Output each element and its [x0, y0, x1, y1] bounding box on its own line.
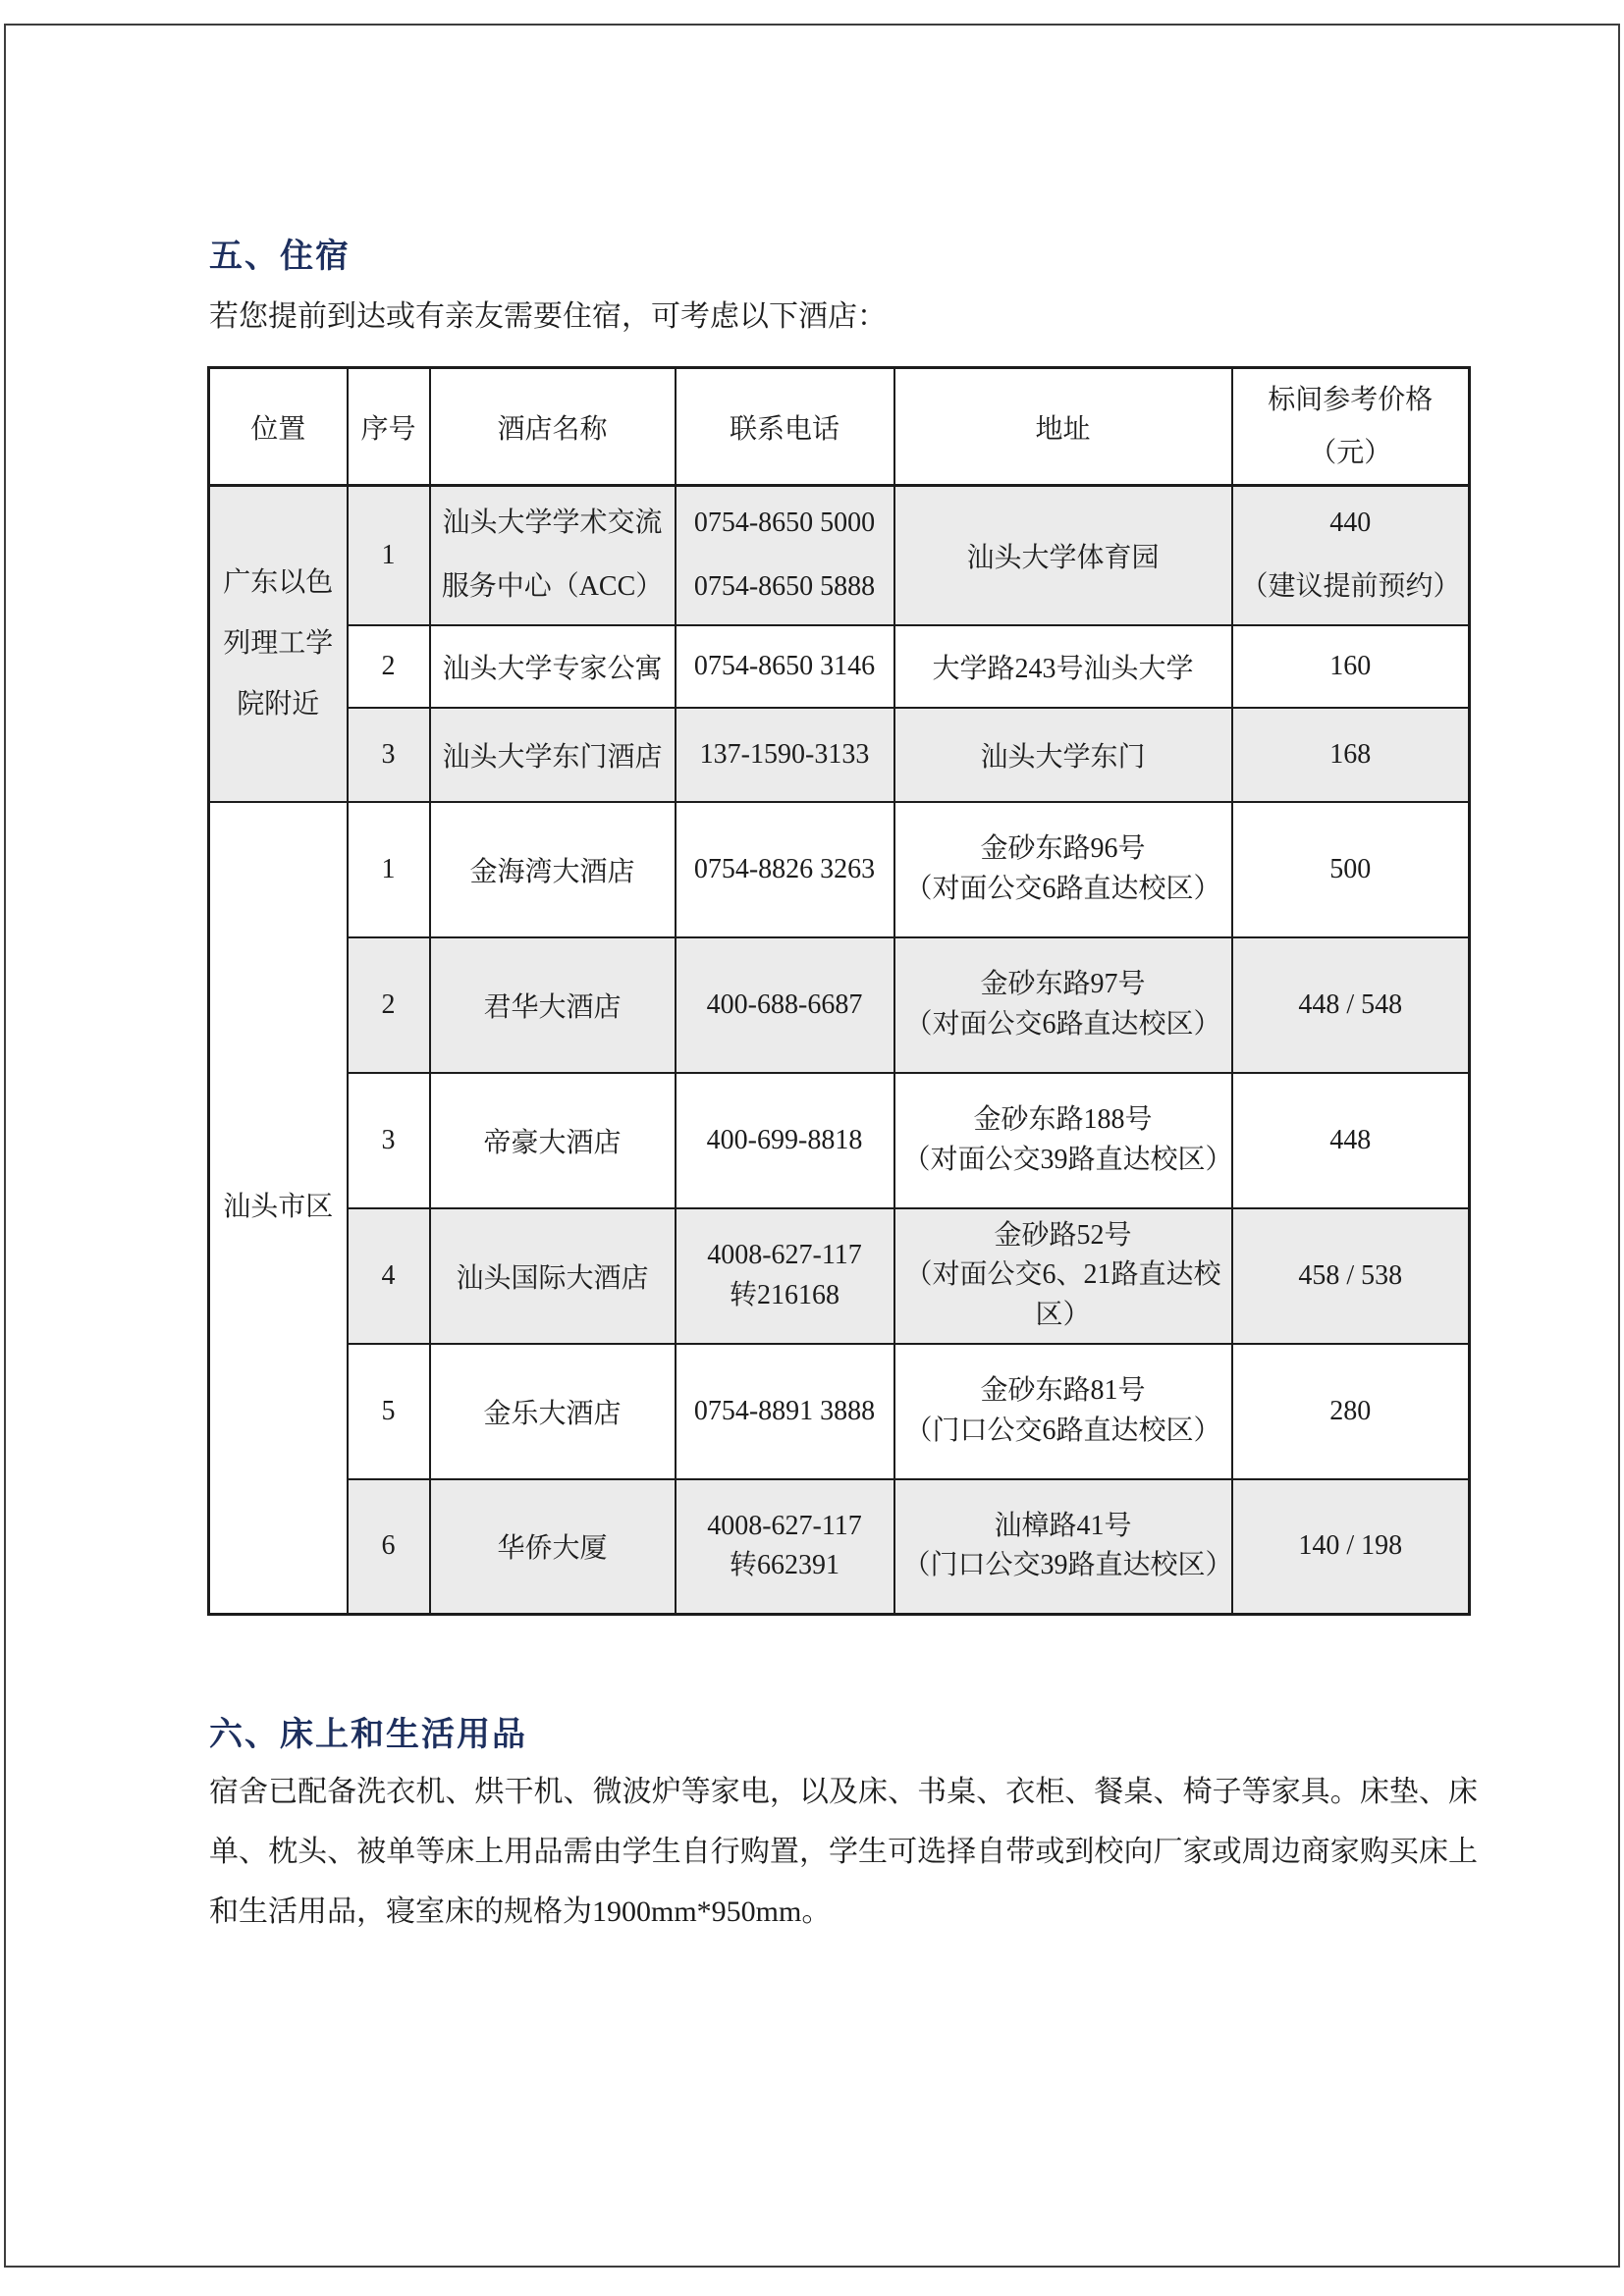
table-row: 3 汕头大学东门酒店 137-1590-3133 汕头大学东门 168	[209, 708, 1470, 802]
row-number-cell: 6	[348, 1479, 430, 1615]
table-row: 2 汕头大学专家公寓 0754-8650 3146 大学路243号汕头大学 16…	[209, 625, 1470, 708]
phone-cell: 0754-8826 3263	[676, 802, 894, 937]
address-line: （对面公交6路直达校区）	[903, 870, 1223, 910]
section6-title: 六、床上和生活用品	[209, 1707, 527, 1755]
row-number-cell: 1	[348, 486, 430, 625]
address-line: 金砂路52号	[903, 1216, 1223, 1256]
address-cell: 汕樟路41号 （门口公交39路直达校区）	[894, 1479, 1232, 1615]
location-cell: 汕头市区	[209, 802, 348, 1615]
phone-cell: 400-699-8818	[676, 1073, 894, 1208]
table-row: 5 金乐大酒店 0754-8891 3888 金砂东路81号 （门口公交6路直达…	[209, 1344, 1470, 1479]
row-number-cell: 3	[348, 708, 430, 802]
table-row: 6 华侨大厦 4008-627-117 转662391 汕樟路41号 （门口公交…	[209, 1479, 1470, 1615]
address-line: （门口公交6路直达校区）	[903, 1412, 1223, 1452]
address-line: 金砂东路188号	[903, 1100, 1223, 1141]
table-header-row: 位置 序号 酒店名称 联系电话 地址 标间参考价格 （元）	[209, 368, 1470, 486]
address-line: （门口公交39路直达校区）	[903, 1546, 1223, 1586]
address-line: （对面公交6、21路直达校区）	[903, 1255, 1223, 1335]
phone-line: 0754-8650 5000	[684, 492, 886, 555]
phone-line: 4008-627-117	[684, 1507, 886, 1547]
price-cell: 448	[1232, 1073, 1470, 1208]
hotel-name-cell: 帝豪大酒店	[430, 1073, 676, 1208]
header-hotel: 酒店名称	[430, 368, 676, 486]
address-cell: 金砂东路81号 （门口公交6路直达校区）	[894, 1344, 1232, 1479]
price-line: （建议提前预约）	[1241, 556, 1461, 618]
address-cell: 大学路243号汕头大学	[894, 625, 1232, 708]
row-number-cell: 3	[348, 1073, 430, 1208]
hotel-name-cell: 汕头国际大酒店	[430, 1208, 676, 1344]
price-cell: 448 / 548	[1232, 937, 1470, 1073]
location-cell: 广东以色列理工学院附近	[209, 486, 348, 802]
address-line: 汕樟路41号	[903, 1507, 1223, 1547]
hotel-name-cell: 金海湾大酒店	[430, 802, 676, 937]
header-address: 地址	[894, 368, 1232, 486]
price-line: 440	[1241, 492, 1461, 555]
address-line: 金砂东路81号	[903, 1371, 1223, 1412]
hotel-name-cell: 汕头大学专家公寓	[430, 625, 676, 708]
header-phone: 联系电话	[676, 368, 894, 486]
phone-cell: 0754-8650 5000 0754-8650 5888	[676, 486, 894, 625]
address-cell: 汕头大学东门	[894, 708, 1232, 802]
row-number-cell: 5	[348, 1344, 430, 1479]
price-cell: 280	[1232, 1344, 1470, 1479]
hotel-name-cell: 金乐大酒店	[430, 1344, 676, 1479]
row-number-cell: 1	[348, 802, 430, 937]
hotel-name-cell: 汕头大学学术交流 服务中心（ACC）	[430, 486, 676, 625]
phone-line: 转216168	[684, 1276, 886, 1316]
table-row: 汕头市区 1 金海湾大酒店 0754-8826 3263 金砂东路96号 （对面…	[209, 802, 1470, 937]
address-line: 金砂东路97号	[903, 965, 1223, 1005]
row-number-cell: 4	[348, 1208, 430, 1344]
price-cell: 140 / 198	[1232, 1479, 1470, 1615]
phone-line: 4008-627-117	[684, 1236, 886, 1276]
phone-cell: 137-1590-3133	[676, 708, 894, 802]
price-cell: 500	[1232, 802, 1470, 937]
header-index: 序号	[348, 368, 430, 486]
address-cell: 金砂东路96号 （对面公交6路直达校区）	[894, 802, 1232, 937]
phone-cell: 400-688-6687	[676, 937, 894, 1073]
section5-intro: 若您提前到达或有亲友需要住宿，可考虑以下酒店：	[209, 292, 887, 335]
address-line: 金砂东路96号	[903, 829, 1223, 870]
section6-body: 宿舍已配备洗衣机、烘干机、微波炉等家电，以及床、书桌、衣柜、餐桌、椅子等家具。床…	[209, 1762, 1478, 1942]
phone-cell: 0754-8891 3888	[676, 1344, 894, 1479]
row-number-cell: 2	[348, 937, 430, 1073]
table-row: 广东以色列理工学院附近 1 汕头大学学术交流 服务中心（ACC） 0754-86…	[209, 486, 1470, 625]
header-price-line: 标间参考价格	[1241, 374, 1461, 426]
section5-title: 五、住宿	[209, 229, 351, 277]
address-cell: 金砂东路97号 （对面公交6路直达校区）	[894, 937, 1232, 1073]
address-cell: 金砂路52号 （对面公交6、21路直达校区）	[894, 1208, 1232, 1344]
phone-cell: 4008-627-117 转662391	[676, 1479, 894, 1615]
phone-line: 0754-8650 5888	[684, 556, 886, 618]
hotel-name-cell: 华侨大厦	[430, 1479, 676, 1615]
address-cell: 金砂东路188号 （对面公交39路直达校区）	[894, 1073, 1232, 1208]
header-location: 位置	[209, 368, 348, 486]
hotel-name-cell: 汕头大学东门酒店	[430, 708, 676, 802]
header-price-line: （元）	[1241, 427, 1461, 479]
table-row: 2 君华大酒店 400-688-6687 金砂东路97号 （对面公交6路直达校区…	[209, 937, 1470, 1073]
table-row: 4 汕头国际大酒店 4008-627-117 转216168 金砂路52号 （对…	[209, 1208, 1470, 1344]
phone-line: 转662391	[684, 1546, 886, 1586]
hotel-name-cell: 君华大酒店	[430, 937, 676, 1073]
phone-cell: 0754-8650 3146	[676, 625, 894, 708]
price-cell: 440 （建议提前预约）	[1232, 486, 1470, 625]
price-cell: 458 / 538	[1232, 1208, 1470, 1344]
hotels-table: 位置 序号 酒店名称 联系电话 地址 标间参考价格 （元） 广东以色列理工学院附…	[207, 366, 1471, 1616]
phone-cell: 4008-627-117 转216168	[676, 1208, 894, 1344]
hotel-name-line: 服务中心（ACC）	[439, 556, 667, 618]
row-number-cell: 2	[348, 625, 430, 708]
address-line: （对面公交39路直达校区）	[903, 1141, 1223, 1181]
table-row: 3 帝豪大酒店 400-699-8818 金砂东路188号 （对面公交39路直达…	[209, 1073, 1470, 1208]
address-line: （对面公交6路直达校区）	[903, 1005, 1223, 1045]
hotel-name-line: 汕头大学学术交流	[439, 492, 667, 555]
price-cell: 160	[1232, 625, 1470, 708]
address-cell: 汕头大学体育园	[894, 486, 1232, 625]
price-cell: 168	[1232, 708, 1470, 802]
header-price: 标间参考价格 （元）	[1232, 368, 1470, 486]
